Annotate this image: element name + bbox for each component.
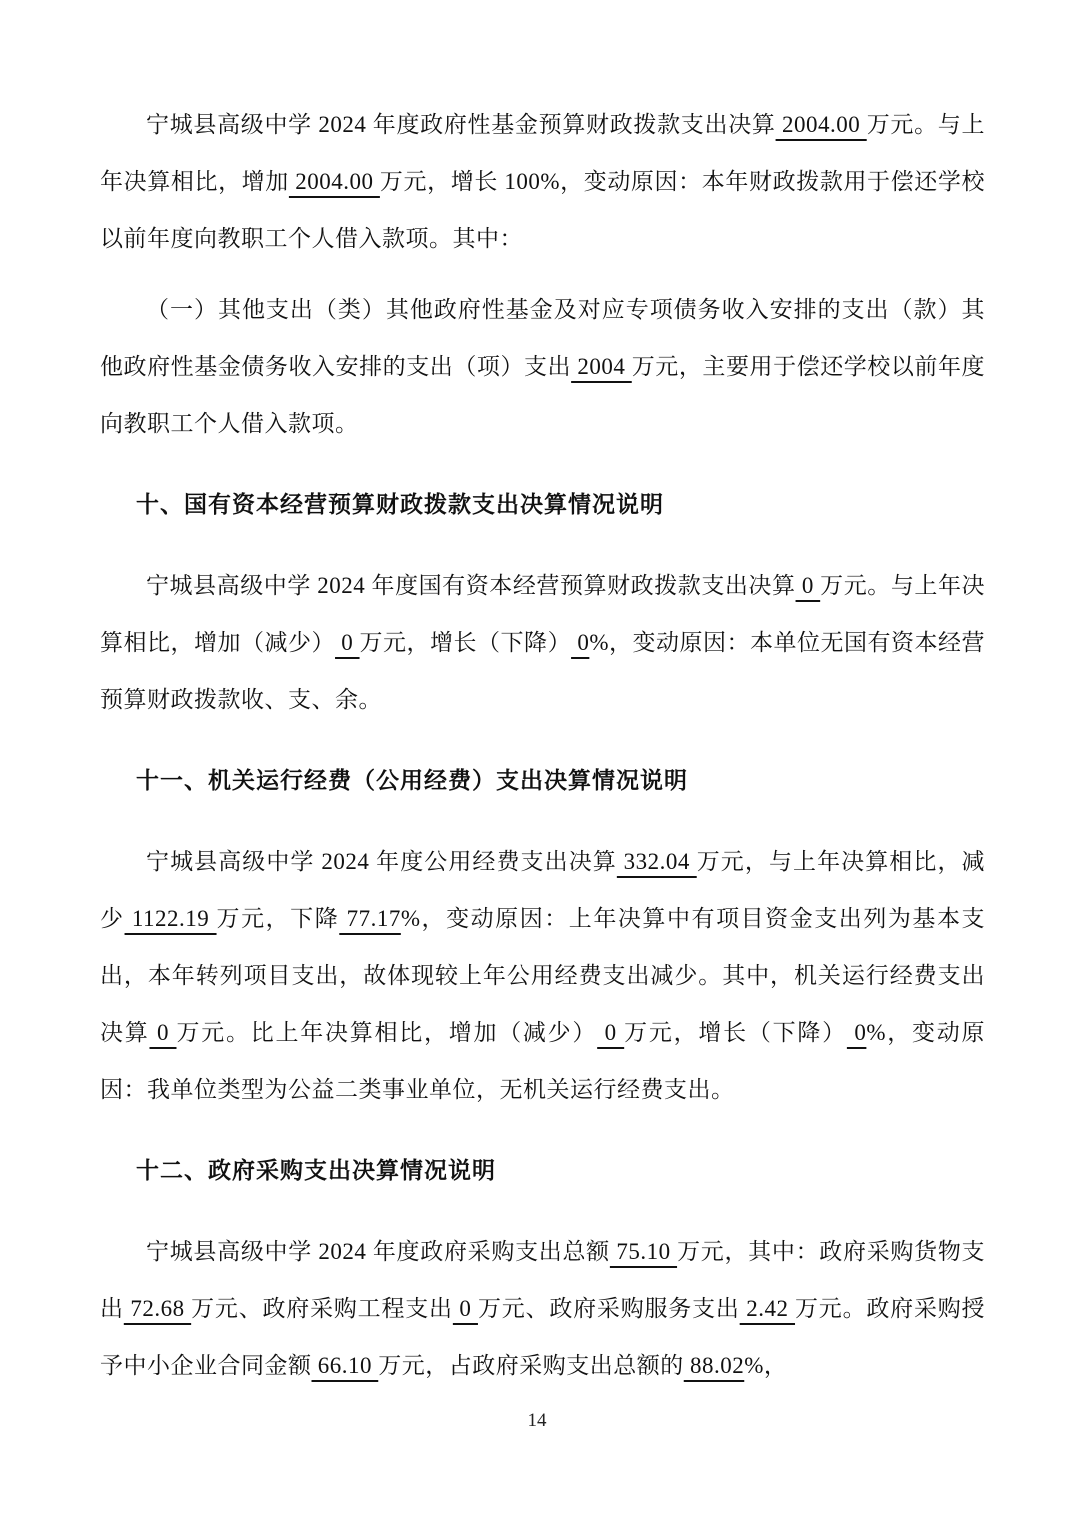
underlined-value: 0: [150, 1020, 177, 1045]
underlined-value: 0: [796, 573, 821, 598]
text-run: 万元。比上年决算相比，增加（减少）: [177, 1020, 598, 1045]
paragraph-state-capital-budget: 宁城县高级中学 2024 年度国有资本经营预算财政拨款支出决算 0 万元。与上年…: [100, 557, 985, 728]
text-run: 万元、政府采购服务支出: [478, 1296, 740, 1321]
underlined-value: 0: [453, 1296, 478, 1321]
underlined-value: 0: [597, 1020, 624, 1045]
text-run: 宁城县高级中学 2024 年度公用经费支出决算: [146, 849, 617, 874]
underlined-value: 1122.19: [125, 906, 217, 931]
underlined-value: 2004: [571, 354, 632, 379]
text-run: %，: [744, 1353, 787, 1378]
text-run: 宁城县高级中学 2024 年度政府性基金预算财政拨款支出决算: [146, 112, 776, 137]
paragraph-gov-fund-expenditure: 宁城县高级中学 2024 年度政府性基金预算财政拨款支出决算 2004.00 万…: [100, 96, 985, 267]
underlined-value: 0: [847, 1020, 867, 1045]
underlined-value: 2004.00: [776, 112, 867, 137]
paragraph-operating-expenses: 宁城县高级中学 2024 年度公用经费支出决算 332.04 万元，与上年决算相…: [100, 833, 985, 1118]
text-run: 宁城县高级中学 2024 年度政府采购支出总额: [146, 1239, 610, 1264]
document-page: 宁城县高级中学 2024 年度政府性基金预算财政拨款支出决算 2004.00 万…: [0, 0, 1074, 1520]
section-heading-12: 十二、政府采购支出决算情况说明: [100, 1142, 985, 1199]
text-run: 宁城县高级中学 2024 年度国有资本经营预算财政拨款支出决算: [146, 573, 796, 598]
underlined-value: 75.10: [610, 1239, 677, 1264]
text-run: 万元，占政府采购支出总额的: [378, 1353, 684, 1378]
underlined-value: 332.04: [617, 849, 697, 874]
underlined-value: 2004.00: [289, 169, 380, 194]
paragraph-gov-procurement: 宁城县高级中学 2024 年度政府采购支出总额 75.10 万元，其中：政府采购…: [100, 1223, 985, 1394]
page-number: 14: [0, 1408, 1074, 1434]
underlined-value: 0: [335, 630, 360, 655]
text-run: 万元、政府采购工程支出: [191, 1296, 453, 1321]
underlined-value: 2.42: [740, 1296, 795, 1321]
underlined-value: 72.68: [124, 1296, 191, 1321]
text-run: 万元，增长（下降）: [360, 630, 572, 655]
text-run: 万元，增长（下降）: [624, 1020, 847, 1045]
section-heading-11: 十一、机关运行经费（公用经费）支出决算情况说明: [100, 752, 985, 809]
underlined-value: 66.10: [312, 1353, 379, 1378]
underlined-value: 88.02: [684, 1353, 745, 1378]
section-heading-10: 十、国有资本经营预算财政拨款支出决算情况说明: [100, 476, 985, 533]
paragraph-other-expenditure-item: （一）其他支出（类）其他政府性基金及对应专项债务收入安排的支出（款）其他政府性基…: [100, 281, 985, 452]
underlined-value: 0: [571, 630, 589, 655]
text-run: 万元，下降: [217, 906, 340, 931]
document-content: 宁城县高级中学 2024 年度政府性基金预算财政拨款支出决算 2004.00 万…: [100, 96, 985, 1408]
underlined-value: 77.17: [339, 906, 401, 931]
